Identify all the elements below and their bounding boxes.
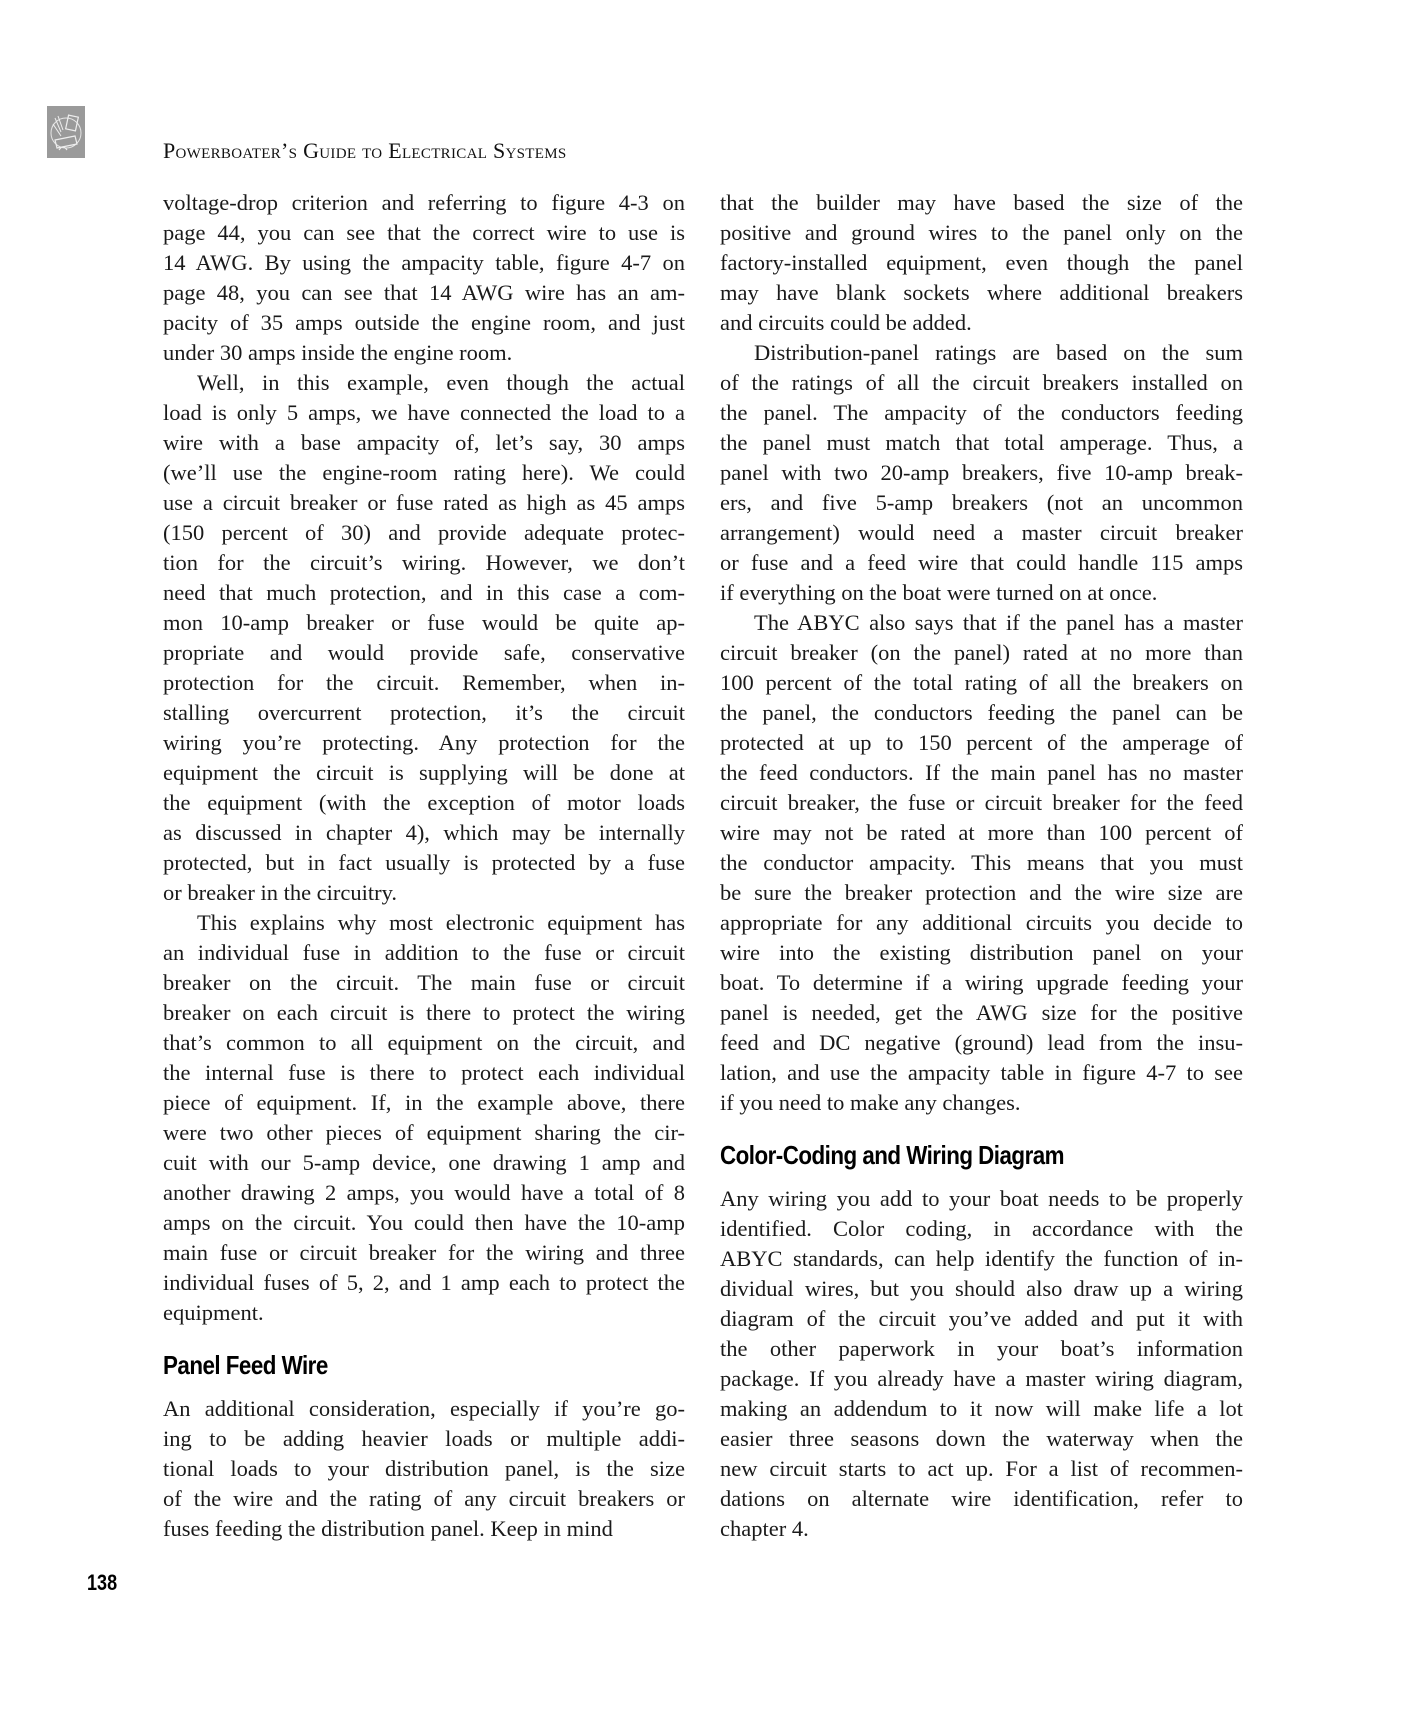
text-line: easier three seasons down the waterway w…	[720, 1424, 1243, 1454]
text-line: wire into the existing distribution pane…	[720, 938, 1243, 968]
text-line: the internal fuse is there to protect ea…	[163, 1058, 685, 1088]
text-line: An additional consideration, especially …	[163, 1394, 685, 1424]
text-line: dations on alternate wire identification…	[720, 1484, 1243, 1514]
text-line: panel is needed, get the AWG size for th…	[720, 998, 1243, 1028]
text-line: 14 AWG. By using the ampacity table, fig…	[163, 248, 685, 278]
text-line: Any wiring you add to your boat needs to…	[720, 1184, 1243, 1214]
right-column: that the builder may have based the size…	[720, 188, 1243, 1544]
text-line: lation, and use the ampacity table in fi…	[720, 1058, 1243, 1088]
text-line: tional loads to your distribution panel,…	[163, 1454, 685, 1484]
text-line: circuit breaker, the fuse or circuit bre…	[720, 788, 1243, 818]
text-line: use a circuit breaker or fuse rated as h…	[163, 488, 685, 518]
text-line: as discussed in chapter 4), which may be…	[163, 818, 685, 848]
paragraph: An additional consideration, especially …	[163, 1394, 685, 1544]
text-line: Distribution-panel ratings are based on …	[720, 338, 1243, 368]
text-line: wire may not be rated at more than 100 p…	[720, 818, 1243, 848]
text-line: positive and ground wires to the panel o…	[720, 218, 1243, 248]
left-column: voltage-drop criterion and referring to …	[163, 188, 685, 1544]
text-line: circuit breaker (on the panel) rated at …	[720, 638, 1243, 668]
text-line: equipment the circuit is supplying will …	[163, 758, 685, 788]
text-line: an individual fuse in addition to the fu…	[163, 938, 685, 968]
text-line: arrangement) would need a master circuit…	[720, 518, 1243, 548]
text-line: new circuit starts to act up. For a list…	[720, 1454, 1243, 1484]
section-heading-panel-feed-wire: Panel Feed Wire	[163, 1350, 612, 1380]
text-line: the equipment (with the exception of mot…	[163, 788, 685, 818]
text-line: protected at up to 150 percent of the am…	[720, 728, 1243, 758]
text-line: breaker on each circuit is there to prot…	[163, 998, 685, 1028]
text-line: page 44, you can see that the correct wi…	[163, 218, 685, 248]
text-line: of the ratings of all the circuit breake…	[720, 368, 1243, 398]
section-heading-color-coding: Color-Coding and Wiring Diagram	[720, 1140, 1170, 1170]
text-line: the panel must match that total amperage…	[720, 428, 1243, 458]
text-line: may have blank sockets where additional …	[720, 278, 1243, 308]
text-line: feed and DC negative (ground) lead from …	[720, 1028, 1243, 1058]
text-line: the panel. The ampacity of the conductor…	[720, 398, 1243, 428]
text-line: be sure the breaker protection and the w…	[720, 878, 1243, 908]
text-line: ABYC standards, can help identify the fu…	[720, 1244, 1243, 1274]
text-line: factory-installed equipment, even though…	[720, 248, 1243, 278]
text-line: the conductor ampacity. This means that …	[720, 848, 1243, 878]
text-line: fuses feeding the distribution panel. Ke…	[163, 1514, 685, 1544]
text-line: main fuse or circuit breaker for the wir…	[163, 1238, 685, 1268]
paragraph: Any wiring you add to your boat needs to…	[720, 1184, 1243, 1544]
text-line: dividual wires, but you should also draw…	[720, 1274, 1243, 1304]
text-line: pacity of 35 amps outside the engine roo…	[163, 308, 685, 338]
text-line: tion for the circuit’s wiring. However, …	[163, 548, 685, 578]
text-line: under 30 amps inside the engine room.	[163, 338, 685, 368]
page-number: 138	[87, 1570, 117, 1596]
text-line: if you need to make any changes.	[720, 1088, 1243, 1118]
text-line: the other paperwork in your boat’s infor…	[720, 1334, 1243, 1364]
text-line: identified. Color coding, in accordance …	[720, 1214, 1243, 1244]
text-line: breaker on the circuit. The main fuse or…	[163, 968, 685, 998]
paragraph: The ABYC also says that if the panel has…	[720, 608, 1243, 1118]
paragraph: Distribution-panel ratings are based on …	[720, 338, 1243, 608]
text-line: the feed conductors. If the main panel h…	[720, 758, 1243, 788]
text-line: or breaker in the circuitry.	[163, 878, 685, 908]
paragraph: This explains why most electronic equipm…	[163, 908, 685, 1328]
paragraph: voltage-drop criterion and referring to …	[163, 188, 685, 368]
text-line: that’s common to all equipment on the ci…	[163, 1028, 685, 1058]
book-emblem-icon	[47, 106, 85, 158]
text-line: that the builder may have based the size…	[720, 188, 1243, 218]
text-line: equipment.	[163, 1298, 685, 1328]
paragraph: that the builder may have based the size…	[720, 188, 1243, 338]
text-line: the panel, the conductors feeding the pa…	[720, 698, 1243, 728]
text-line: wire with a base ampacity of, let’s say,…	[163, 428, 685, 458]
text-line: another drawing 2 amps, you would have a…	[163, 1178, 685, 1208]
text-line: (we’ll use the engine-room rating here).…	[163, 458, 685, 488]
text-line: of the wire and the rating of any circui…	[163, 1484, 685, 1514]
text-line: or fuse and a feed wire that could handl…	[720, 548, 1243, 578]
text-line: mon 10-amp breaker or fuse would be quit…	[163, 608, 685, 638]
text-line: propriate and would provide safe, conser…	[163, 638, 685, 668]
text-line: Well, in this example, even though the a…	[163, 368, 685, 398]
text-line: page 48, you can see that 14 AWG wire ha…	[163, 278, 685, 308]
text-line: need that much protection, and in this c…	[163, 578, 685, 608]
text-line: individual fuses of 5, 2, and 1 amp each…	[163, 1268, 685, 1298]
text-line: piece of equipment. If, in the example a…	[163, 1088, 685, 1118]
text-line: This explains why most electronic equipm…	[163, 908, 685, 938]
text-line: boat. To determine if a wiring upgrade f…	[720, 968, 1243, 998]
text-line: (150 percent of 30) and provide adequate…	[163, 518, 685, 548]
text-line: if everything on the boat were turned on…	[720, 578, 1243, 608]
text-line: panel with two 20-amp breakers, five 10-…	[720, 458, 1243, 488]
text-line: voltage-drop criterion and referring to …	[163, 188, 685, 218]
text-line: package. If you already have a master wi…	[720, 1364, 1243, 1394]
text-line: load is only 5 amps, we have connected t…	[163, 398, 685, 428]
text-line: stalling overcurrent protection, it’s th…	[163, 698, 685, 728]
text-line: wiring you’re protecting. Any protection…	[163, 728, 685, 758]
text-line: appropriate for any additional circuits …	[720, 908, 1243, 938]
running-head-title: Powerboater’s Guide to Electrical System…	[163, 138, 566, 164]
text-line: ers, and five 5-amp breakers (not an unc…	[720, 488, 1243, 518]
text-line: amps on the circuit. You could then have…	[163, 1208, 685, 1238]
text-line: protection for the circuit. Remember, wh…	[163, 668, 685, 698]
paragraph: Well, in this example, even though the a…	[163, 368, 685, 908]
text-line: cuit with our 5-amp device, one drawing …	[163, 1148, 685, 1178]
text-line: diagram of the circuit you’ve added and …	[720, 1304, 1243, 1334]
text-line: and circuits could be added.	[720, 308, 1243, 338]
text-line: were two other pieces of equipment shari…	[163, 1118, 685, 1148]
text-line: The ABYC also says that if the panel has…	[720, 608, 1243, 638]
text-line: protected, but in fact usually is protec…	[163, 848, 685, 878]
text-line: making an addendum to it now will make l…	[720, 1394, 1243, 1424]
text-line: chapter 4.	[720, 1514, 1243, 1544]
text-line: ing to be adding heavier loads or multip…	[163, 1424, 685, 1454]
text-line: 100 percent of the total rating of all t…	[720, 668, 1243, 698]
